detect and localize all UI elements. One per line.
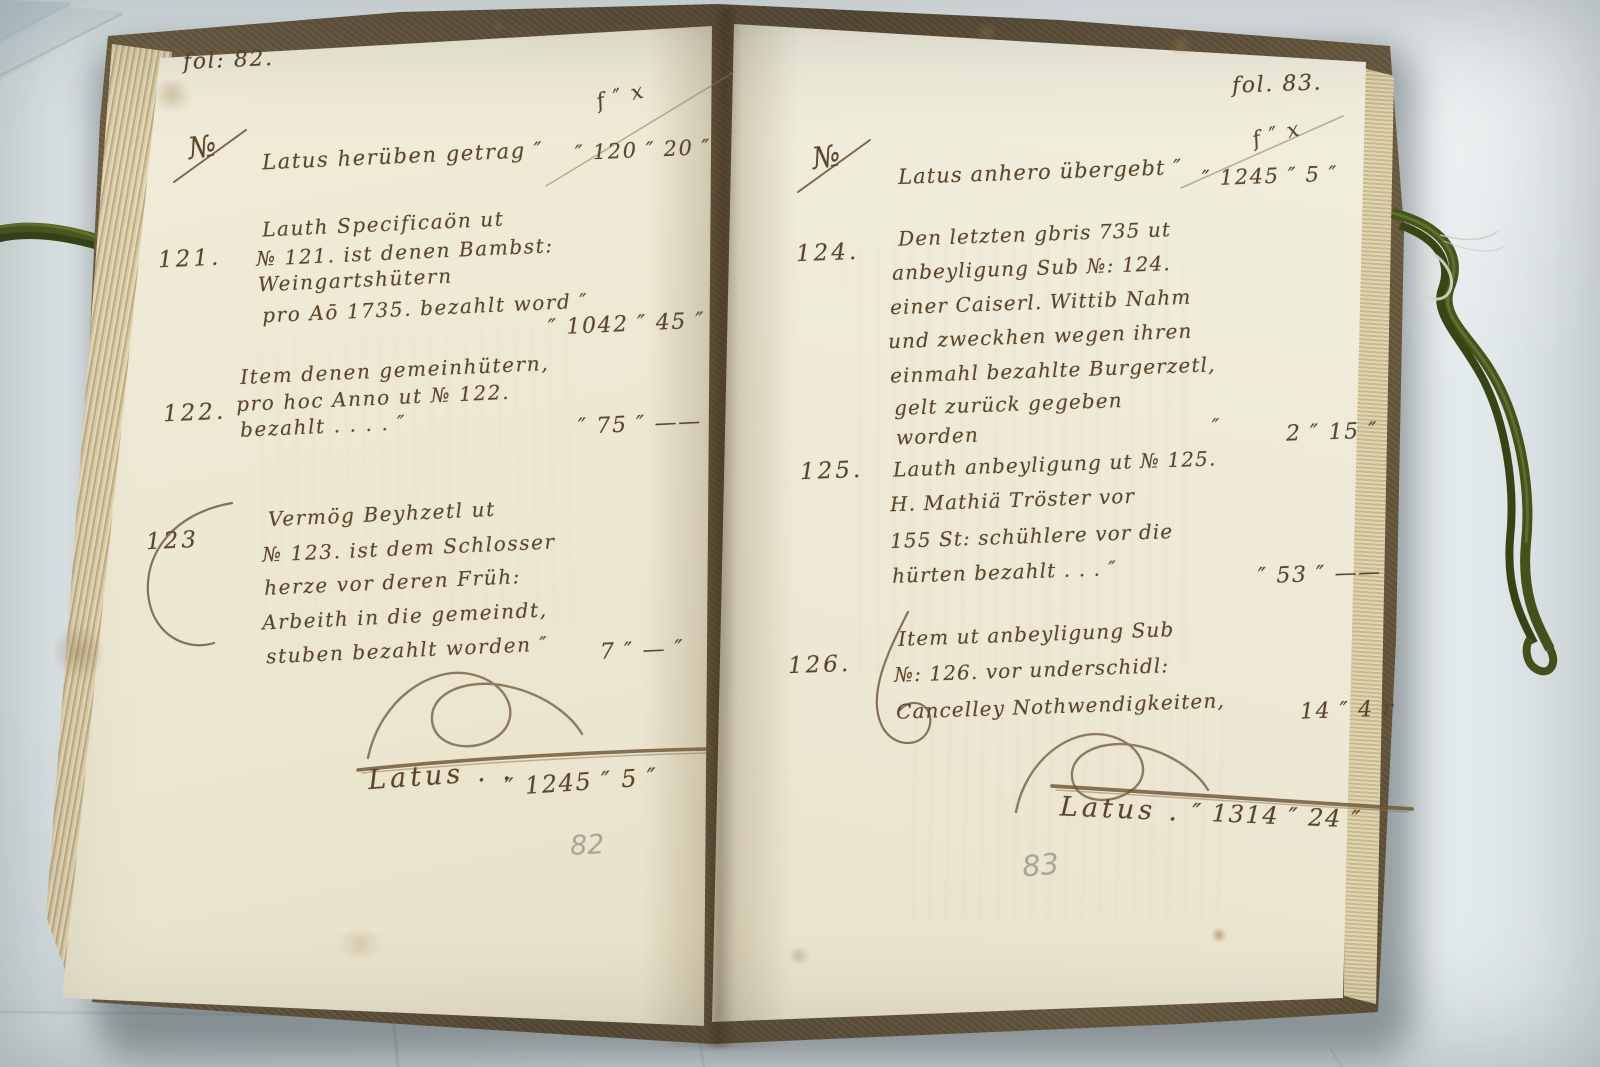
entry-tail-mark: ″: [1212, 414, 1222, 438]
entry-amount: 7 ″ — ″: [599, 636, 685, 665]
right-latus-label: Latus .: [1059, 791, 1182, 827]
entry-amount: ″ 53 ″ ——: [1258, 560, 1383, 589]
entry-line: worden: [896, 423, 980, 450]
right-folio-label: fol. 83.: [1232, 70, 1323, 98]
fox-stain: [150, 80, 194, 110]
entry-number: 122.: [162, 399, 226, 428]
entry-number: 121.: [157, 245, 221, 274]
fox-stain: [330, 932, 390, 956]
fox-stain: [972, 24, 1002, 40]
entry-number: 124.: [796, 239, 860, 267]
left-transport-mark: №: [186, 128, 221, 167]
photo-of-open-ledger: fol: 82. f ″ x № Latus herüben getrag ″ …: [0, 0, 1600, 1067]
left-folio-label: fol: 82.: [182, 46, 274, 75]
fox-stain: [56, 620, 102, 684]
right-transport-mark: №: [810, 138, 845, 177]
entry-number: 125.: [800, 457, 864, 485]
fox-stain: [492, 22, 506, 32]
fox-stain: [786, 948, 812, 964]
entry-bracket-flourish: [136, 495, 246, 655]
right-transport-amount: ″ 1245 ″ 5 ″: [1202, 162, 1339, 191]
right-ribbon-tie: [1380, 195, 1600, 685]
entry-amount: 2 ″ 15 ″: [1286, 418, 1379, 446]
entry-amount: 14 ″ 4 r: [1300, 696, 1395, 724]
right-pencil-folio: 83: [1021, 846, 1061, 883]
fox-stain: [1168, 36, 1194, 54]
entry-number: 123: [145, 527, 199, 555]
entry-number: 126.: [788, 651, 852, 679]
fox-stain: [1210, 928, 1228, 942]
left-pencil-folio: 82: [569, 829, 605, 862]
